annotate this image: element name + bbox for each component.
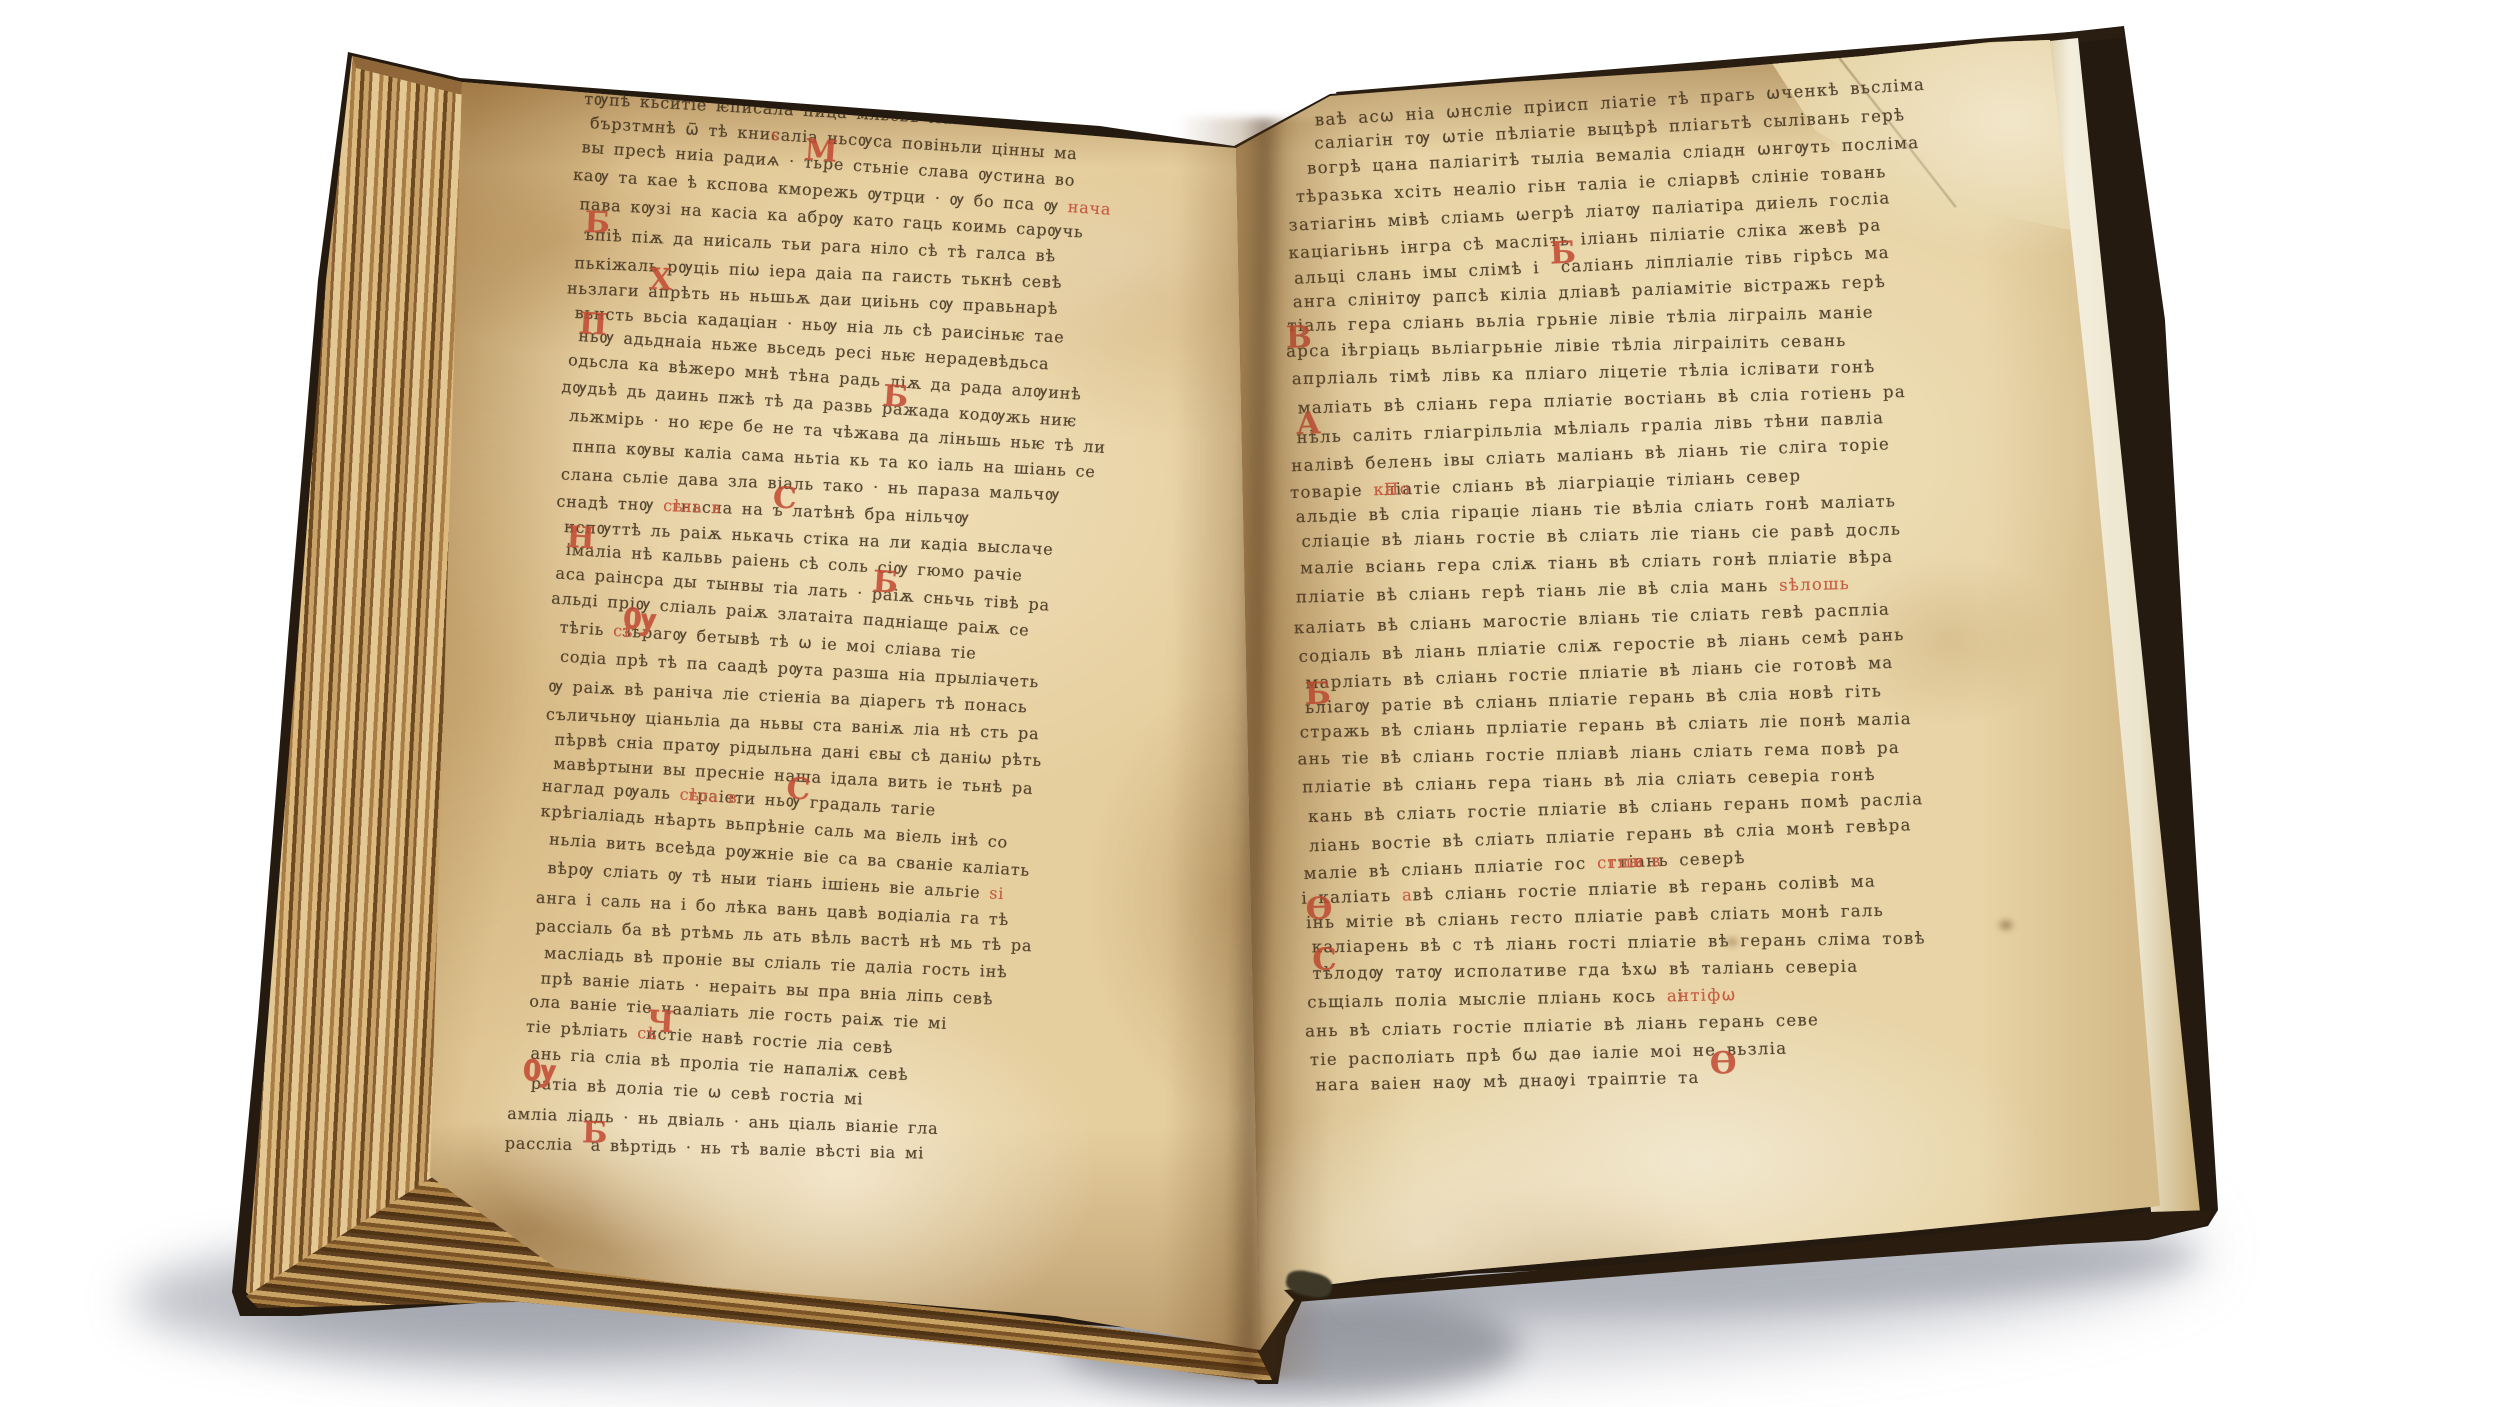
rubric-red: С bbox=[773, 497, 797, 498]
rubric-red: гла в bbox=[1607, 847, 1662, 876]
left-page-text: тѹпѣ кьситіе ѥписала пица мльсвѣ мать ве… bbox=[527, 86, 1244, 1184]
manuscript-photo: Photograph of an open medieval parchment… bbox=[0, 0, 2500, 1407]
rubric-red: а bbox=[1402, 882, 1414, 910]
rubric-red: ѕѣлошь bbox=[1778, 570, 1850, 599]
rubric-red: ѕ bbox=[770, 121, 781, 148]
rubric-red: П bbox=[579, 323, 608, 325]
rubric-red: Н bbox=[567, 537, 596, 539]
rubric-red: антіфѡ bbox=[1667, 981, 1737, 1009]
rubric-red: гла в bbox=[671, 493, 721, 522]
rubric-red: Ѹ bbox=[523, 1070, 558, 1072]
right-page-text: ваѣ асѡ ніа ѡнсліе пріисп ліатіе тѣ праг… bbox=[1284, 75, 2082, 1102]
rubric-red: По bbox=[1384, 475, 1412, 503]
rubric-red: Ч bbox=[647, 1021, 675, 1023]
rubric-red: М bbox=[804, 150, 837, 152]
rubric-red: Х bbox=[649, 279, 673, 280]
rubric-red: Б bbox=[883, 395, 909, 397]
rubric-red: С bbox=[787, 789, 811, 791]
rubric-red: Б bbox=[1549, 253, 1576, 254]
rubric-red: Ѹ bbox=[623, 618, 658, 620]
rubric-red: Ѳ bbox=[1710, 1063, 1738, 1064]
rubric-red: Б bbox=[582, 1132, 608, 1133]
rubric-red: Б bbox=[872, 581, 898, 583]
gutter-shadow bbox=[1159, 117, 1347, 1379]
rubric-red: Б bbox=[584, 222, 610, 223]
rubric-red: ѕі bbox=[988, 881, 1004, 908]
